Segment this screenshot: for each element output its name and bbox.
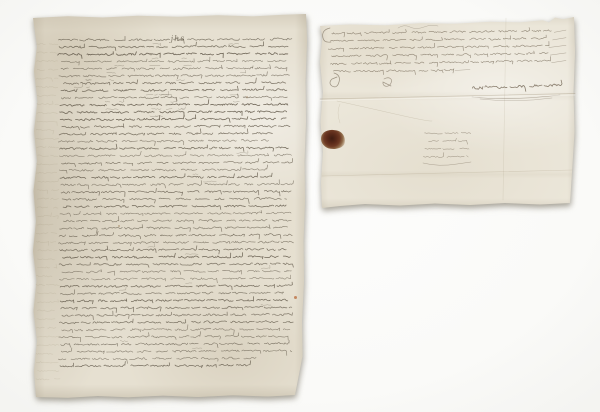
paper-speck (246, 96, 248, 98)
photo-background: jhs (0, 0, 600, 412)
rust-speck (294, 296, 297, 299)
letter-right-page-wrap (315, 12, 578, 210)
letter-right-page (315, 12, 578, 210)
jhs-monogram: jhs (156, 33, 200, 44)
paper-speck (118, 225, 120, 227)
manuscript-left-page: jhs (28, 11, 309, 400)
manuscript-left-page-wrap: jhs (28, 11, 309, 400)
